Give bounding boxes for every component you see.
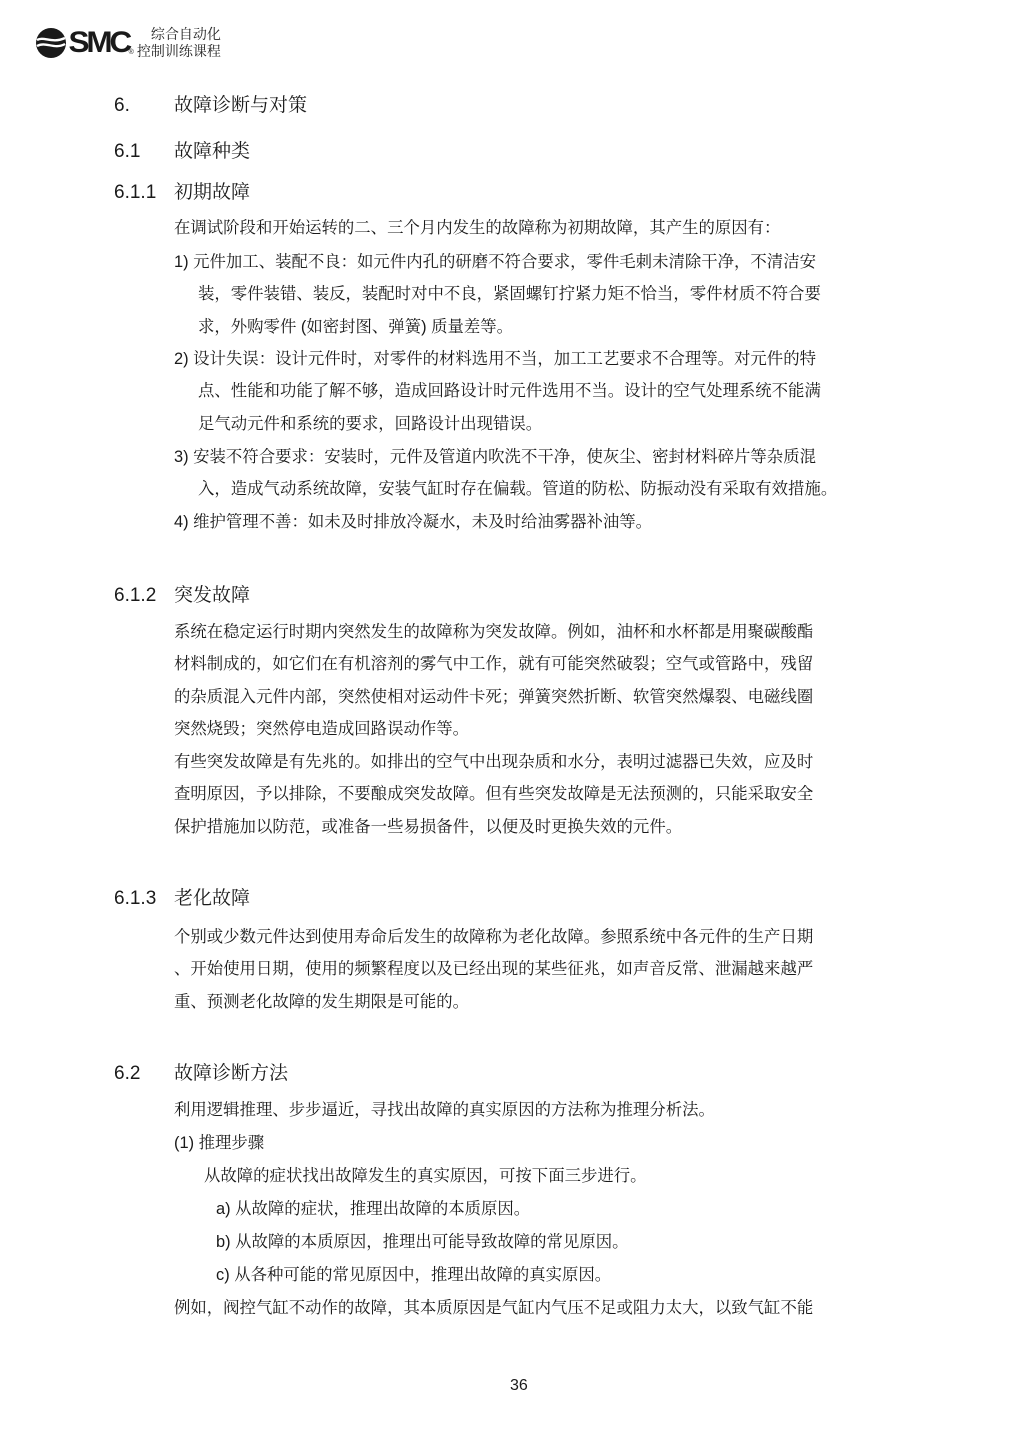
course-title: 综合自动化 控制训练课程	[137, 26, 221, 60]
step-item: c) 从各种可能的常见原因中，推理出故障的真实原因。	[216, 1259, 966, 1291]
list-item-line: 足气动元件和系统的要求，回路设计出现错误。	[174, 408, 821, 440]
section-heading-6-1-2: 6.1.2突发故障	[114, 580, 250, 607]
list-item-line: 1) 元件加工、装配不良：如元件内孔的研磨不符合要求，零件毛刺未清除干净，不清洁…	[174, 253, 816, 271]
list-item: 3) 安装不符合要求：安装时，元件及管道内吹洗不干净，使灰尘、密封材料碎片等杂质…	[174, 441, 837, 506]
paragraph: 个别或少数元件达到使用寿命后发生的故障称为老化故障。参照系统中各元件的生产日期 …	[174, 921, 924, 1018]
list-item-line: 求，外购零件 (如密封图、弹簧) 质量差等。	[174, 311, 821, 343]
section-heading-6-1-1: 6.1.1初期故障	[114, 177, 250, 204]
heading-title: 初期故障	[174, 182, 250, 203]
heading-title: 故障诊断与对策	[174, 95, 307, 116]
heading-number: 6.1.3	[114, 888, 174, 910]
paragraph: 例如，阀控气缸不动作的故障，其本质原因是气缸内气压不足或阻力太大，以致气缸不能	[174, 1292, 924, 1324]
course-title-line2: 控制训练课程	[137, 43, 221, 60]
section-heading-6-1: 6.1故障种类	[114, 136, 250, 163]
list-item: 2) 设计失误：设计元件时，对零件的材料选用不当，加工工艺要求不合理等。对元件的…	[174, 343, 821, 440]
smc-swirl-icon	[34, 27, 68, 59]
paragraph-line: 的杂质混入元件内部，突然使相对运动件卡死；弹簧突然折断、软管突然爆裂、电磁线圈	[174, 681, 924, 713]
list-item-line: 2) 设计失误：设计元件时，对零件的材料选用不当，加工工艺要求不合理等。对元件的…	[174, 350, 816, 368]
list-item: 4) 维护管理不善：如未及时排放冷凝水，未及时给油雾器补油等。	[174, 506, 652, 538]
heading-number: 6.1.1	[114, 182, 174, 204]
heading-number: 6.1	[114, 141, 174, 163]
heading-title: 故障诊断方法	[174, 1063, 288, 1084]
chapter-heading: 6.故障诊断与对策	[114, 90, 307, 117]
paragraph-line: 保护措施加以防范，或准备一些易损备件，以便及时更换失效的元件。	[174, 811, 924, 843]
paragraph-line: 材料制成的，如它们在有机溶剂的雾气中工作，就有可能突然破裂；空气或管路中，残留	[174, 648, 924, 680]
paragraph-line: 系统在稳定运行时期内突然发生的故障称为突发故障。例如，油杯和水杯都是用聚碳酸酯	[174, 616, 924, 648]
brand-name: SMC	[69, 26, 130, 60]
list-item: 1) 元件加工、装配不良：如元件内孔的研磨不符合要求，零件毛刺未清除干净，不清洁…	[174, 246, 821, 343]
paragraph: 有些突发故障是有先兆的。如排出的空气中出现杂质和水分，表明过滤器已失效，应及时 …	[174, 746, 924, 843]
paragraph-line: 查明原因，予以排除，不要酿成突发故障。但有些突发故障是无法预测的，只能采取安全	[174, 778, 924, 810]
paragraph-line: 个别或少数元件达到使用寿命后发生的故障称为老化故障。参照系统中各元件的生产日期	[174, 921, 924, 953]
heading-number: 6.	[114, 95, 174, 117]
heading-title: 老化故障	[174, 888, 250, 909]
paragraph: 在调试阶段和开始运转的二、三个月内发生的故障称为初期故障，其产生的原因有：	[174, 212, 924, 244]
paragraph-line: 、开始使用日期，使用的频繁程度以及已经出现的某些征兆，如声音反常、泄漏越来越严	[174, 953, 924, 985]
paragraph: 利用逻辑推理、步步逼近，寻找出故障的真实原因的方法称为推理分析法。	[174, 1094, 924, 1126]
step-item: b) 从故障的本质原因，推理出可能导致故障的常见原因。	[216, 1226, 966, 1258]
step-title: (1) 推理步骤	[174, 1127, 924, 1159]
heading-title: 故障种类	[174, 141, 250, 162]
heading-number: 6.1.2	[114, 585, 174, 607]
smc-logo: SMC ® 综合自动化 控制训练课程	[34, 26, 221, 60]
section-heading-6-2: 6.2故障诊断方法	[114, 1058, 288, 1085]
course-title-line1: 综合自动化	[137, 26, 221, 43]
list-item-line: 3) 安装不符合要求：安装时，元件及管道内吹洗不干净，使灰尘、密封材料碎片等杂质…	[174, 448, 816, 466]
paragraph: 系统在稳定运行时期内突然发生的故障称为突发故障。例如，油杯和水杯都是用聚碳酸酯 …	[174, 616, 924, 746]
list-item-line: 入，造成气动系统故障，安装气缸时存在偏载。管道的防松、防振动没有采取有效措施。	[174, 473, 837, 505]
heading-title: 突发故障	[174, 585, 250, 606]
list-item-line: 4) 维护管理不善：如未及时排放冷凝水，未及时给油雾器补油等。	[174, 513, 652, 531]
paragraph-line: 有些突发故障是有先兆的。如排出的空气中出现杂质和水分，表明过滤器已失效，应及时	[174, 746, 924, 778]
step-item: a) 从故障的症状，推理出故障的本质原因。	[216, 1193, 966, 1225]
list-item-line: 装，零件装错、装反，装配时对中不良，紧固螺钉拧紧力矩不恰当，零件材质不符合要	[174, 278, 821, 310]
step-intro: 从故障的症状找出故障发生的真实原因，可按下面三步进行。	[204, 1160, 954, 1192]
paragraph-line: 突然烧毁；突然停电造成回路误动作等。	[174, 713, 924, 745]
paragraph-line: 重、预测老化故障的发生期限是可能的。	[174, 986, 924, 1018]
page-number: 36	[510, 1377, 528, 1395]
heading-number: 6.2	[114, 1063, 174, 1085]
list-item-line: 点、性能和功能了解不够，造成回路设计时元件选用不当。设计的空气处理系统不能满	[174, 375, 821, 407]
section-heading-6-1-3: 6.1.3老化故障	[114, 883, 250, 910]
